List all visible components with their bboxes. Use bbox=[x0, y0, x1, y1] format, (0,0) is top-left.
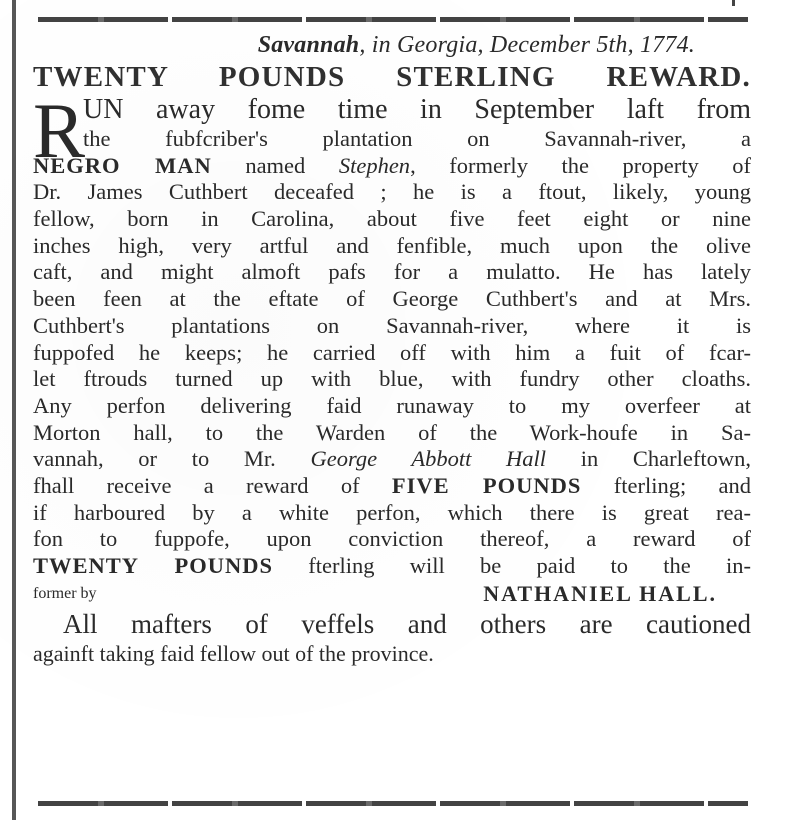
body-line: Cuthbert's plantations on Savannah-river… bbox=[33, 313, 751, 340]
text-segment: fhall receive a reward of bbox=[33, 473, 392, 498]
caution-notice-line-2: againft taking faid fellow out of the pr… bbox=[33, 640, 751, 668]
text-segment: been feen at the eftate of George Cuthbe… bbox=[33, 286, 751, 311]
body-line: UN away fome time in September laft from bbox=[33, 94, 751, 126]
text-segment: fterling will be paid to the in- bbox=[273, 553, 751, 578]
drop-cap: R bbox=[33, 96, 85, 166]
headline: TWENTY POUNDS STERLING REWARD. bbox=[33, 60, 751, 94]
body-line: Any perfon delivering faid runaway to my… bbox=[33, 393, 751, 420]
runaway-advertisement: Savannah, in Georgia, December 5th, 1774… bbox=[33, 30, 751, 668]
text-segment: Morton hall, to the Warden of the Work-h… bbox=[33, 420, 751, 445]
body-line: inches high, very artful and fenfible, m… bbox=[33, 233, 751, 260]
body-line: fellow, born in Carolina, about five fee… bbox=[33, 206, 751, 233]
body-line: fhall receive a reward of FIVE POUNDS ft… bbox=[33, 473, 751, 500]
body-line: TWENTY POUNDS fterling will be paid to t… bbox=[33, 553, 751, 580]
italic-name: Stephen bbox=[339, 153, 410, 178]
text-segment: fuppofed he keeps; he carried off with h… bbox=[33, 340, 751, 365]
text-segment: fterling; and bbox=[581, 473, 751, 498]
text-segment: if harboured by a white perfon, which th… bbox=[33, 500, 751, 525]
body-line: fuppofed he keeps; he carried off with h… bbox=[33, 340, 751, 367]
body-line: caft, and might almoft pafs for a mulatt… bbox=[33, 259, 751, 286]
emphasis-caps: FIVE POUNDS bbox=[392, 473, 582, 498]
text-segment: the fubfcriber's plantation on Savannah-… bbox=[83, 126, 751, 151]
body-line: vannah, or to Mr. George Abbott Hall in … bbox=[33, 446, 751, 473]
signature-line: former by NATHANIEL HALL. bbox=[33, 580, 751, 608]
text-segment: in Charleftown, bbox=[546, 446, 751, 471]
dateline: Savannah, in Georgia, December 5th, 1774… bbox=[33, 30, 751, 60]
signature-name: NATHANIEL HALL. bbox=[483, 580, 751, 608]
body-line: NEGRO MAN named Stephen, formerly the pr… bbox=[33, 153, 751, 180]
column-mark bbox=[732, 0, 735, 6]
body-line: let ftrouds turned up with blue, with fu… bbox=[33, 366, 751, 393]
dateline-date: , in Georgia, December 5th, 1774. bbox=[359, 32, 695, 58]
text-segment: let ftrouds turned up with blue, with fu… bbox=[33, 366, 751, 391]
bottom-divider-rule bbox=[38, 801, 748, 806]
body-line: the fubfcriber's plantation on Savannah-… bbox=[33, 126, 751, 153]
advertisement-body: UN away fome time in September laft from… bbox=[33, 94, 751, 580]
text-segment: vannah, or to Mr. bbox=[33, 446, 310, 471]
text-segment: Cuthbert's plantations on Savannah-river… bbox=[33, 313, 751, 338]
body-line: if harboured by a white perfon, which th… bbox=[33, 500, 751, 527]
text-segment: UN away fome time in September laft from bbox=[83, 94, 751, 125]
emphasis-caps: TWENTY POUNDS bbox=[33, 553, 273, 578]
text-segment: fellow, born in Carolina, about five fee… bbox=[33, 206, 751, 231]
text-segment: fon to fuppofe, upon conviction thereof,… bbox=[33, 526, 751, 551]
caution-notice-line-1: All mafters of veffels and others are ca… bbox=[33, 608, 751, 640]
text-segment: , formerly the property of bbox=[410, 153, 751, 178]
text-segment: inches high, very artful and fenfible, m… bbox=[33, 233, 751, 258]
text-segment: Dr. James Cuthbert deceafed ; he is a ft… bbox=[33, 179, 751, 204]
italic-name: George Abbott Hall bbox=[310, 446, 546, 471]
body-line: Morton hall, to the Warden of the Work-h… bbox=[33, 420, 751, 447]
column-border-left bbox=[12, 0, 16, 820]
dateline-place: Savannah bbox=[258, 32, 360, 58]
body-line: fon to fuppofe, upon conviction thereof,… bbox=[33, 526, 751, 553]
top-divider-rule bbox=[38, 17, 748, 22]
signature-prefix: former by bbox=[33, 580, 97, 608]
body-line: Dr. James Cuthbert deceafed ; he is a ft… bbox=[33, 179, 751, 206]
text-segment: caft, and might almoft pafs for a mulatt… bbox=[33, 259, 751, 284]
body-line: been feen at the eftate of George Cuthbe… bbox=[33, 286, 751, 313]
text-segment: named bbox=[212, 153, 339, 178]
text-segment: Any perfon delivering faid runaway to my… bbox=[33, 393, 751, 418]
